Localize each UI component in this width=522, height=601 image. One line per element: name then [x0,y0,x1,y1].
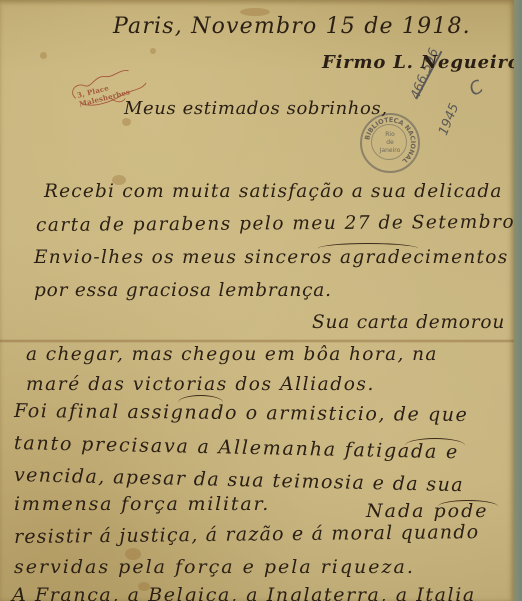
body-line-2: carta de parabens pelo meu 27 de Setembr… [36,212,514,236]
body-line-9: tanto precisava a Allemanha fatigada e [14,432,459,463]
stain-spot [122,118,131,126]
pen-flourish [438,500,498,513]
body-line-13: resistir á justiça, á razão e á moral qu… [14,521,480,548]
body-line-14: servidas pela força e pela riqueza. [14,556,415,578]
body-line-15: A França, a Belgica, a Inglaterra, a Ita… [12,584,476,601]
body-line-6: a chegar, mas chegou em bôa hora, na [26,344,438,365]
stain-spot [40,52,47,59]
pen-flourish [405,438,465,453]
body-line-8: Foi afinal assignado o armisticio, de qu… [14,400,469,426]
paper-fold-crease [0,339,514,343]
body-line-1: Recebi com muita satisfação a sua delica… [44,181,503,202]
library-stamp-city-3: Janeiro [362,147,418,154]
body-line-10: vencida, apesar da sua teimosia e da sua [14,464,464,496]
body-line-3: Envio-lhes os meus sinceros agradeciment… [34,247,509,268]
sender-line: Firmo L. Negueiros [322,52,514,73]
library-stamp: BIBLIOTECA NACIONAL Rio de Janeiro [360,113,420,173]
catalog-mark: C [466,76,487,100]
letter-page: 3, Place Malesherbes BIBLIOTECA NACIONAL… [0,0,514,601]
catalog-year: 1945 [436,101,462,137]
library-stamp-city-2: de [362,139,418,146]
pen-flourish [178,395,223,410]
body-line-11: immensa força militar. [14,493,270,515]
body-line-5: Sua carta demorou [312,312,505,333]
salutation: Meus estimados sobrinhos, [124,98,388,119]
date-line: Paris, Novembro 15 de 1918. [113,14,471,39]
body-line-7: maré das victorias dos Alliados. [26,374,375,395]
scan-border [514,0,522,601]
pen-flourish [318,243,418,254]
body-line-4: por essa graciosa lembrança. [34,280,332,301]
library-stamp-city-1: Rio [362,131,418,138]
stain-spot [150,48,156,54]
